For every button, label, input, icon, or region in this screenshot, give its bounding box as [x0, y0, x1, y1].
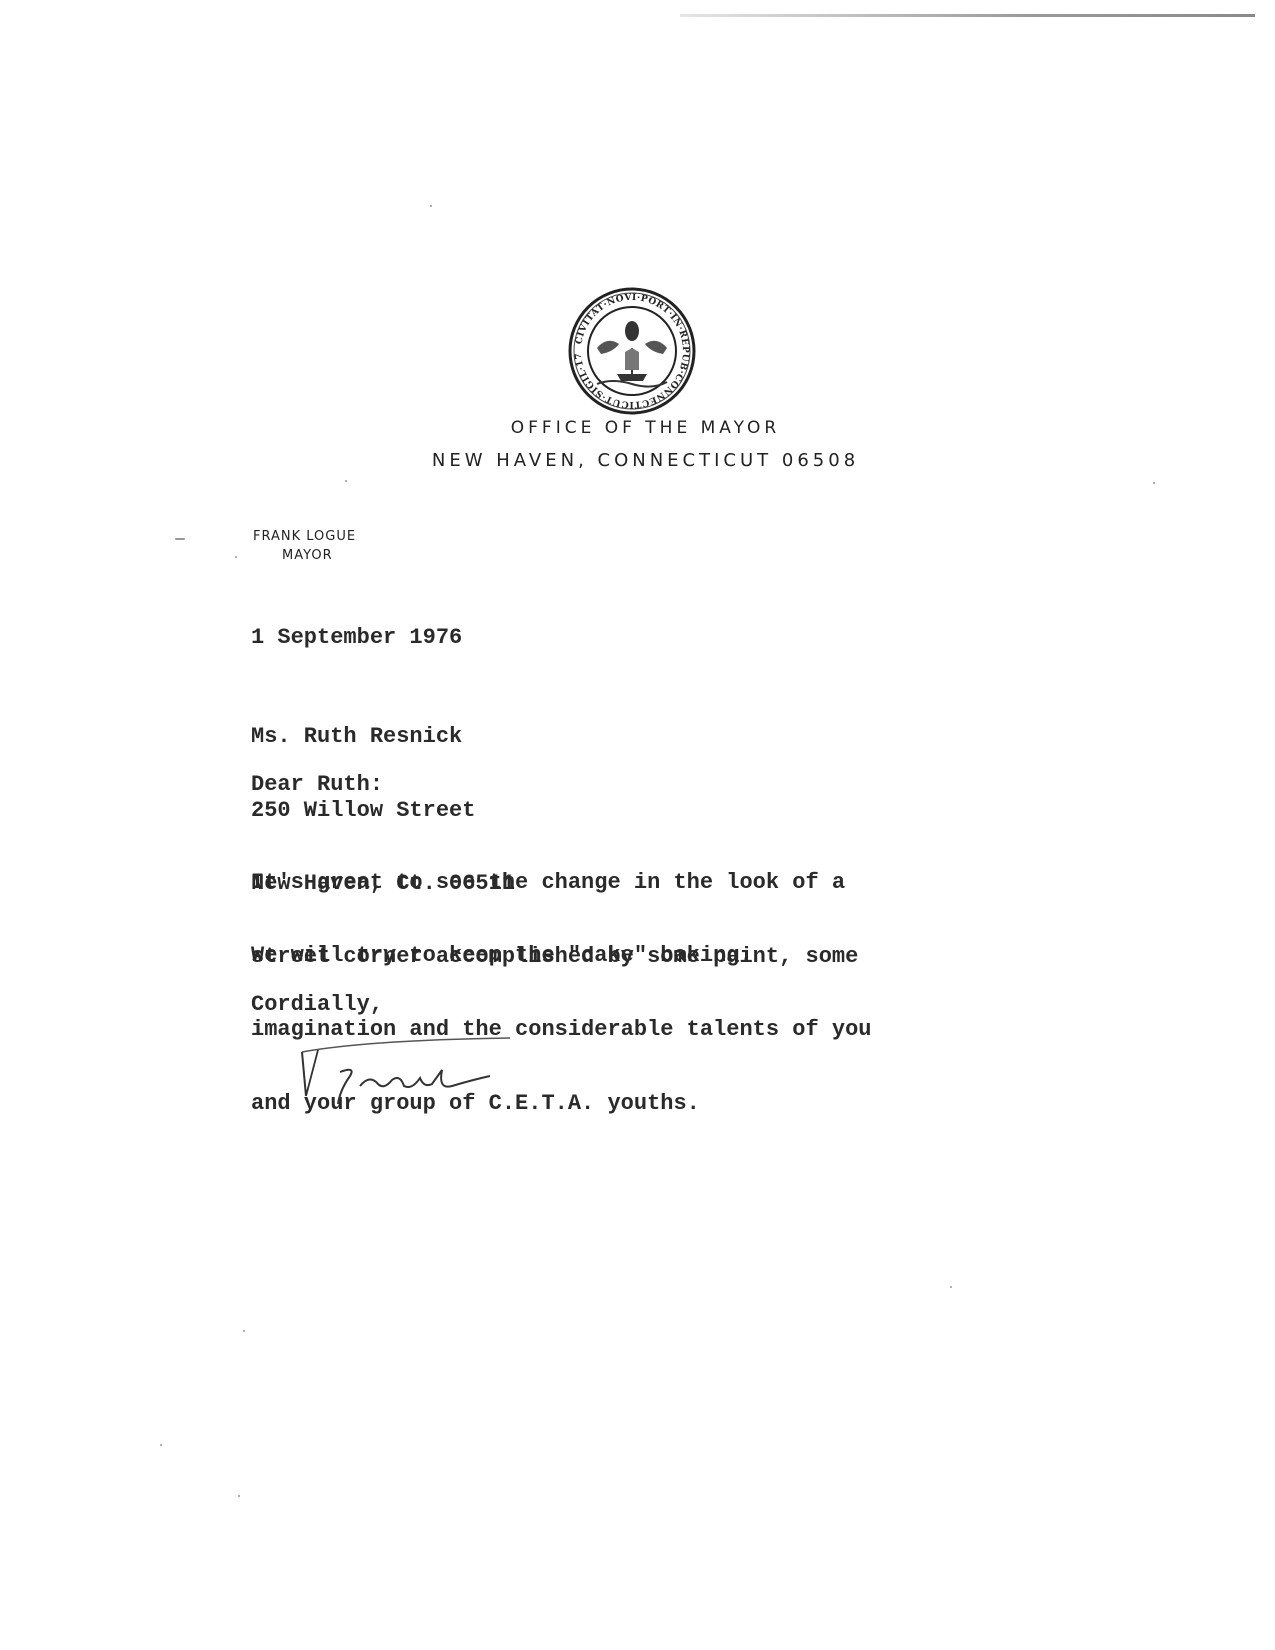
scan-speck: [345, 480, 347, 482]
letter-page: CIVITAT·NOVI·PORT·IN·REPUB·CONNECTICUT·S…: [0, 0, 1275, 1650]
sender-block: FRANK LOGUE MAYOR: [253, 527, 356, 565]
salutation: Dear Ruth:: [251, 773, 383, 798]
letter-date: 1 September 1976: [251, 626, 462, 651]
handwritten-signature-icon: [300, 1030, 540, 1110]
recipient-line: Ms. Ruth Resnick: [251, 725, 515, 750]
closing: Cordially,: [251, 993, 383, 1018]
scan-speck: [160, 1444, 162, 1446]
sender-name: FRANK LOGUE: [253, 527, 356, 546]
scan-speck: [1153, 482, 1155, 484]
sender-title: MAYOR: [253, 546, 356, 565]
scan-speck: [243, 1330, 245, 1332]
office-address: NEW HAVEN, CONNECTICUT 06508: [8, 450, 1275, 471]
scan-edge-line: [680, 14, 1255, 17]
scan-speck: [950, 1286, 952, 1288]
office-title: OFFICE OF THE MAYOR: [8, 418, 1275, 438]
city-seal-icon: CIVITAT·NOVI·PORT·IN·REPUB·CONNECTICUT·S…: [567, 286, 697, 416]
recipient-line: 250 Willow Street: [251, 799, 515, 824]
scan-speck: [238, 1495, 240, 1497]
scan-speck: [430, 205, 432, 207]
scan-speck: [235, 556, 237, 558]
body-line: It's great to see the change in the look…: [251, 871, 872, 896]
scan-speck: [175, 538, 185, 540]
body-paragraph-2: We will try to keep the "cake" baking.: [251, 944, 753, 969]
